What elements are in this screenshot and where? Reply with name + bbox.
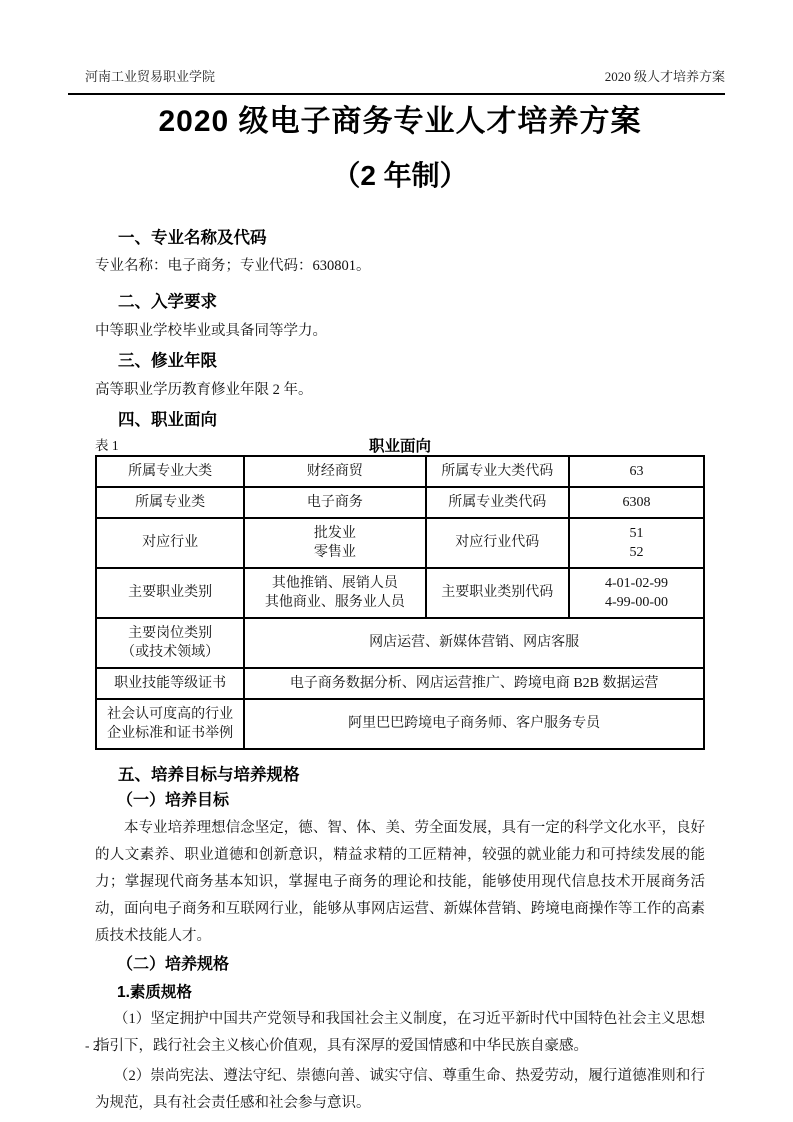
quality-spec-item-1: （1）坚定拥护中国共产党领导和我国社会主义制度，在习近平新时代中国特色社会主义思… — [95, 1006, 705, 1060]
table-cell: 批发业 零售业 — [244, 518, 425, 568]
table-cell: 对应行业代码 — [426, 518, 569, 568]
section-heading-4: 四、职业面向 — [95, 410, 705, 431]
training-goal-paragraph: 本专业培养理想信念坚定，德、智、体、美、劳全面发展，具有一定的科学文化水平，良好… — [95, 815, 705, 950]
document-subtitle: （2 年制） — [95, 158, 705, 193]
document-body: 一、专业名称及代码 专业名称：电子商务；专业代码：630801。 二、入学要求 … — [95, 228, 705, 1117]
table-cell: 所属专业类代码 — [426, 487, 569, 518]
table-cell: 4-01-02-99 4-99-00-00 — [569, 568, 704, 618]
header-school-name: 河南工业贸易职业学院 — [68, 66, 215, 85]
table-cell: 主要职业类别代码 — [426, 568, 569, 618]
table-cell: 所属专业大类代码 — [426, 456, 569, 487]
section-heading-1: 一、专业名称及代码 — [95, 228, 705, 249]
table-row: 职业技能等级证书 电子商务数据分析、网店运营推广、跨境电商 B2B 数据运营 — [96, 668, 704, 699]
job-orientation-table: 所属专业大类 财经商贸 所属专业大类代码 63 所属专业类 电子商务 所属专业类… — [95, 455, 705, 750]
table-cell: 63 — [569, 456, 704, 487]
table-row: 对应行业 批发业 零售业 对应行业代码 51 52 — [96, 518, 704, 568]
table-row: 所属专业类 电子商务 所属专业类代码 6308 — [96, 487, 704, 518]
document-page: 河南工业贸易职业学院 2020 级人才培养方案 2020 级电子商务专业人才培养… — [0, 0, 793, 1122]
section-body-2: 中等职业学校毕业或具备同等学力。 — [95, 320, 705, 342]
table-cell: 职业技能等级证书 — [96, 668, 244, 699]
table-row: 社会认可度高的行业 企业标准和证书举例 阿里巴巴跨境电子商务师、客户服务专员 — [96, 699, 704, 749]
page-number: - 2 - — [85, 1038, 108, 1054]
table-cell: 主要岗位类别 （或技术领域） — [96, 618, 244, 668]
section-body-3: 高等职业学历教育修业年限 2 年。 — [95, 379, 705, 401]
table-cell: 电子商务数据分析、网店运营推广、跨境电商 B2B 数据运营 — [244, 668, 704, 699]
quality-spec-item-2: （2）崇尚宪法、遵法守纪、崇德向善、诚实守信、尊重生命、热爱劳动，履行道德准则和… — [95, 1063, 705, 1117]
page-header: 河南工业贸易职业学院 2020 级人才培养方案 — [68, 0, 725, 95]
table-cell: 所属专业类 — [96, 487, 244, 518]
table-cell: 电子商务 — [244, 487, 425, 518]
table-cell: 其他推销、展销人员 其他商业、服务业人员 — [244, 568, 425, 618]
table-row: 所属专业大类 财经商贸 所属专业大类代码 63 — [96, 456, 704, 487]
header-doc-label: 2020 级人才培养方案 — [605, 66, 725, 85]
table-caption-row: 表 1 职业面向 — [95, 434, 705, 454]
table-row: 主要岗位类别 （或技术领域） 网店运营、新媒体营销、网店客服 — [96, 618, 704, 668]
table-cell: 主要职业类别 — [96, 568, 244, 618]
document-title: 2020 级电子商务专业人才培养方案 — [95, 103, 705, 141]
section-heading-3: 三、修业年限 — [95, 351, 705, 372]
table-cell: 阿里巴巴跨境电子商务师、客户服务专员 — [244, 699, 704, 749]
table-cell: 所属专业大类 — [96, 456, 244, 487]
table-label: 表 1 — [95, 434, 119, 454]
quality-spec-heading: 1.素质规格 — [95, 983, 705, 1003]
section-heading-5: 五、培养目标与培养规格 — [95, 765, 705, 786]
subsection-heading-goal: （一）培养目标 — [95, 791, 705, 812]
section-body-1: 专业名称：电子商务；专业代码：630801。 — [95, 255, 705, 277]
subsection-heading-spec: （二）培养规格 — [95, 955, 705, 976]
table-caption: 职业面向 — [95, 434, 705, 456]
table-cell: 网店运营、新媒体营销、网店客服 — [244, 618, 704, 668]
table-cell: 对应行业 — [96, 518, 244, 568]
table-cell: 51 52 — [569, 518, 704, 568]
table-cell: 社会认可度高的行业 企业标准和证书举例 — [96, 699, 244, 749]
section-heading-2: 二、入学要求 — [95, 292, 705, 313]
table-cell: 6308 — [569, 487, 704, 518]
table-cell: 财经商贸 — [244, 456, 425, 487]
table-row: 主要职业类别 其他推销、展销人员 其他商业、服务业人员 主要职业类别代码 4-0… — [96, 568, 704, 618]
